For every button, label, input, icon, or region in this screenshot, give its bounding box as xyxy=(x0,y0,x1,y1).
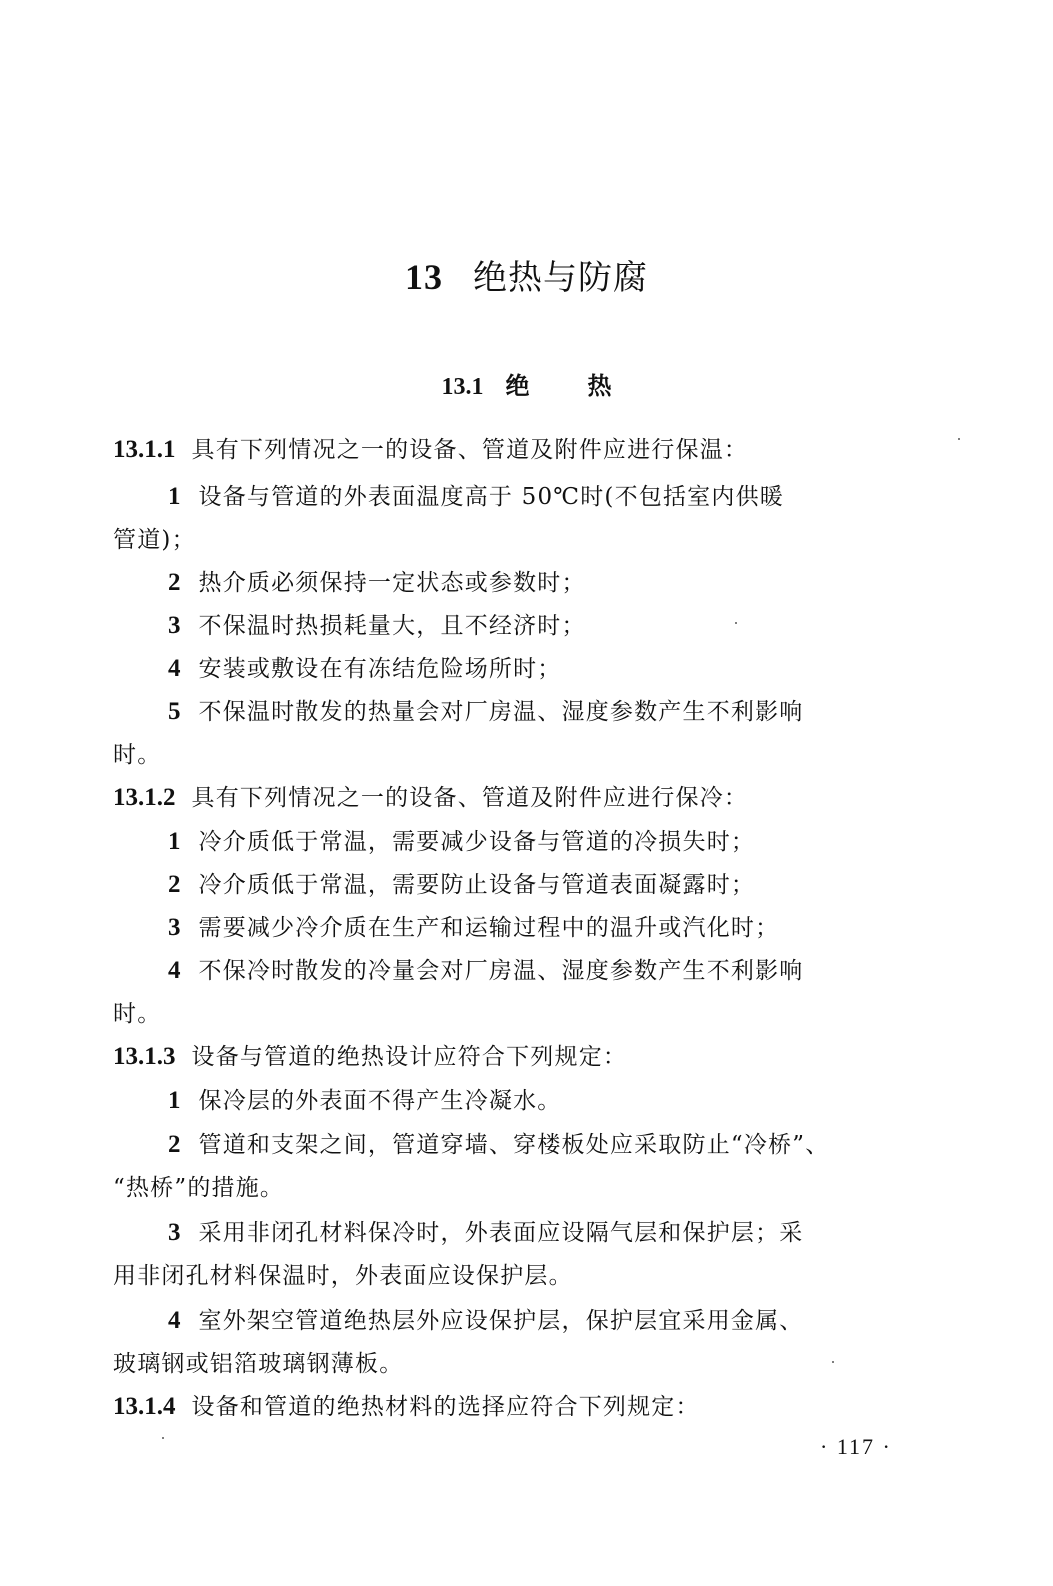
item-text: 室外架空管道绝热层外应设保护层，保护层宜采用金属、 xyxy=(199,1308,804,1334)
list-item: 2热介质必须保持一定状态或参数时； xyxy=(168,563,978,603)
item-number: 4 xyxy=(168,957,181,984)
continuation-line: 时。 xyxy=(113,735,923,775)
list-item: 3采用非闭孔材料保冷时，外表面应设隔气层和保护层；采 xyxy=(168,1213,978,1253)
list-item: 1冷介质低于常温，需要减少设备与管道的冷损失时； xyxy=(168,822,978,862)
item-text: 需要减少冷介质在生产和运输过程中的温升或汽化时； xyxy=(199,915,780,941)
item-text: 管道和支架之间，管道穿墙、穿楼板处应采取防止“冷桥”、 xyxy=(199,1132,830,1158)
section-title-char-2: 热 xyxy=(588,371,612,400)
item-number: 4 xyxy=(168,1307,181,1334)
clause-number: 13.1.4 xyxy=(113,1393,176,1420)
item-number: 1 xyxy=(168,483,181,510)
clause-number: 13.1.2 xyxy=(113,784,176,811)
continuation-line: 时。 xyxy=(113,994,923,1034)
clause-13-1-1: 13.1.1具有下列情况之一的设备、管道及附件应进行保温： xyxy=(113,430,923,470)
item-text: 安装或敷设在有冻结危险场所时； xyxy=(199,656,562,682)
document-page: 13绝热与防腐 13.1绝热 13.1.1具有下列情况之一的设备、管道及附件应进… xyxy=(0,0,1053,1586)
list-item: 4不保冷时散发的冷量会对厂房温、湿度参数产生不利影响 xyxy=(168,951,978,991)
section-title: 13.1绝热 xyxy=(0,366,1053,407)
item-text: 设备与管道的外表面温度高于 50℃时(不包括室内供暖 xyxy=(199,484,784,510)
chapter-number: 13 xyxy=(405,257,443,297)
item-number: 4 xyxy=(168,655,181,682)
scan-speck xyxy=(832,1361,834,1363)
list-item: 5不保温时散发的热量会对厂房温、湿度参数产生不利影响 xyxy=(168,692,978,732)
item-number: 3 xyxy=(168,914,181,941)
item-number: 3 xyxy=(168,612,181,639)
scan-speck xyxy=(958,438,960,440)
item-number: 2 xyxy=(168,1131,181,1158)
item-text: 不保温时热损耗量大，且不经济时； xyxy=(199,613,586,639)
continuation-line: 管道)； xyxy=(113,520,923,560)
list-item: 2冷介质低于常温，需要防止设备与管道表面凝露时； xyxy=(168,865,978,905)
section-number: 13.1 xyxy=(442,374,484,400)
item-text: 管道)； xyxy=(113,527,196,553)
item-text: 用非闭孔材料保温时，外表面应设保护层。 xyxy=(113,1263,573,1289)
clause-number: 13.1.1 xyxy=(113,436,176,463)
item-number: 5 xyxy=(168,698,181,725)
page-number: · 117 · xyxy=(820,1432,892,1462)
section-title-char-1: 绝 xyxy=(506,371,530,400)
clause-text: 具有下列情况之一的设备、管道及附件应进行保冷： xyxy=(192,785,749,811)
item-text: 冷介质低于常温，需要减少设备与管道的冷损失时； xyxy=(199,829,756,855)
item-number: 2 xyxy=(168,871,181,898)
scan-speck xyxy=(735,622,737,624)
clause-13-1-4: 13.1.4设备和管道的绝热材料的选择应符合下列规定： xyxy=(113,1387,923,1427)
item-number: 1 xyxy=(168,1087,181,1114)
list-item: 1设备与管道的外表面温度高于 50℃时(不包括室内供暖 xyxy=(168,477,978,517)
clause-13-1-3: 13.1.3设备与管道的绝热设计应符合下列规定： xyxy=(113,1037,923,1077)
list-item: 2管道和支架之间，管道穿墙、穿楼板处应采取防止“冷桥”、 xyxy=(168,1125,978,1165)
continuation-line: 用非闭孔材料保温时，外表面应设保护层。 xyxy=(113,1256,923,1296)
item-text: 采用非闭孔材料保冷时，外表面应设隔气层和保护层；采 xyxy=(199,1220,804,1246)
item-text: 不保冷时散发的冷量会对厂房温、湿度参数产生不利影响 xyxy=(199,958,804,984)
item-number: 2 xyxy=(168,569,181,596)
item-number: 3 xyxy=(168,1219,181,1246)
clause-text: 具有下列情况之一的设备、管道及附件应进行保温： xyxy=(192,437,749,463)
clause-number: 13.1.3 xyxy=(113,1043,176,1070)
list-item: 4安装或敷设在有冻结危险场所时； xyxy=(168,649,978,689)
item-text: “热桥”的措施。 xyxy=(113,1175,284,1201)
list-item: 1保冷层的外表面不得产生冷凝水。 xyxy=(168,1081,978,1121)
continuation-line: “热桥”的措施。 xyxy=(113,1168,923,1208)
continuation-line: 玻璃钢或铝箔玻璃钢薄板。 xyxy=(113,1344,923,1384)
item-text: 保冷层的外表面不得产生冷凝水。 xyxy=(199,1088,562,1114)
item-text: 时。 xyxy=(113,1001,161,1027)
item-text: 玻璃钢或铝箔玻璃钢薄板。 xyxy=(113,1351,403,1377)
item-text: 冷介质低于常温，需要防止设备与管道表面凝露时； xyxy=(199,872,756,898)
clause-text: 设备和管道的绝热材料的选择应符合下列规定： xyxy=(192,1394,700,1420)
chapter-title-text: 绝热与防腐 xyxy=(473,258,648,298)
item-text: 热介质必须保持一定状态或参数时； xyxy=(199,570,586,596)
list-item: 3不保温时热损耗量大，且不经济时； xyxy=(168,606,978,646)
item-text: 不保温时散发的热量会对厂房温、湿度参数产生不利影响 xyxy=(199,699,804,725)
item-number: 1 xyxy=(168,828,181,855)
list-item: 4室外架空管道绝热层外应设保护层，保护层宜采用金属、 xyxy=(168,1301,978,1341)
list-item: 3需要减少冷介质在生产和运输过程中的温升或汽化时； xyxy=(168,908,978,948)
scan-speck xyxy=(162,1437,164,1439)
item-text: 时。 xyxy=(113,742,161,768)
clause-13-1-2: 13.1.2具有下列情况之一的设备、管道及附件应进行保冷： xyxy=(113,778,923,818)
chapter-title: 13绝热与防腐 xyxy=(0,252,1053,303)
clause-text: 设备与管道的绝热设计应符合下列规定： xyxy=(192,1044,628,1070)
